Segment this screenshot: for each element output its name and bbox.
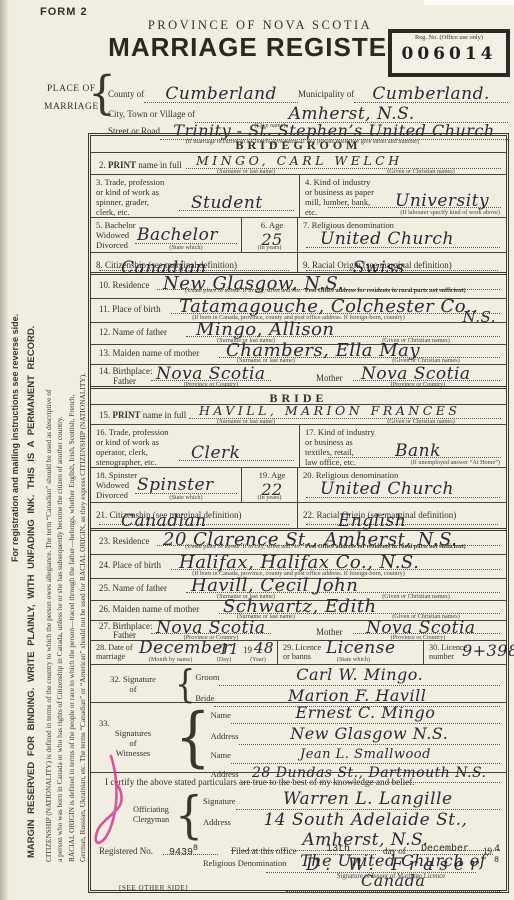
row-groom-status-age-religion: 5. Bachelor Widowed Divorced Bachelor (S… [91,218,506,253]
row-bride-citizenship-racial: 21. Citizenship (see marginal definition… [91,503,506,531]
clergy-label-2: Clergyman [127,815,175,825]
bride-age-cell: 19. Age 22 (In years) [241,468,297,502]
bride-birthplace-label: 24. Place of birth [99,560,161,570]
bride-industry-cell: 17. Kind of industry or business as text… [299,425,506,467]
groom-mother-label: 13. Maiden name of mother [99,348,199,358]
groom-mother-value: Chambers, Ella May [226,340,420,361]
row-bride-status-age-religion: 18. Spinster Widowed Divorced Spinster (… [91,468,506,503]
bride-status-value: Spinster [137,475,214,495]
row-groom-parents-birthplace: 14. Birthplace: Father Nova Scotia (Prov… [91,365,506,389]
bride-surname-sub: (Surname or last name) [191,418,301,425]
witness-lines: Name Ernest C. Mingo Address New Glasgow… [211,703,506,772]
groom-racial-value: Swiss [353,258,405,278]
bride-father-label: 25. Name of father [99,583,167,593]
bride-father-value: Havill, Cecil John [191,575,358,596]
bride-age-sub: (In years) [242,494,297,501]
racial-def-line1: RACIAL ORIGIN is defined in terms of the… [67,373,78,862]
register-table: BRIDEGROOM 2. PRINT name in full MINGO, … [88,133,509,893]
bride-industry-value: Bank [395,441,441,461]
sig33-label-2: of [91,738,175,748]
sub-year: (Year) [243,656,273,663]
bride-residence-value: 20 Clarence St., Amherst, N.S. [163,529,457,550]
sig33-label-1: Signatures [91,728,175,738]
bride-industry-sub: (If unemployed answer “At Home”) [411,459,500,466]
groom-name-label: 2. PRINT name in full [99,160,182,170]
row-certify: I certify the above stated particulars a… [91,773,506,789]
bride-religion-value: United Church [320,479,454,499]
row-groom-name: 2. PRINT name in full MINGO, CARL WELCH … [91,153,506,175]
groom-trade-value: Student [191,193,263,213]
sig32-lines: Groom Carl W. Mingo. Bride Marion F. Hav… [195,665,506,702]
reg-no-label: Reg. No. (Office use only) [390,34,508,41]
witness1-name-label: Name [211,710,231,720]
row-bride-trade-industry: 16. Trade, profession or kind of work as… [91,425,506,468]
groom-religion-value: United Church [320,229,454,249]
groom-age-cell: 6. Age 25 (In years) [241,218,297,252]
form-number: FORM 2 [40,6,88,18]
groom-name-value: MINGO, CARL WELCH [196,153,403,168]
sig33-label: 33. Signatures of Witnesses [91,718,175,758]
sig33-num: 33. [91,718,175,728]
groom-citizenship-cell: 8. Citizenship (see marginal definition)… [91,253,297,273]
groom-bp-father-value: Nova Scotia [156,364,266,384]
racial-def-line2: German, Russian, Ukrainian, etc. The ter… [78,373,89,862]
certify-statement: I certify the above stated particulars a… [105,777,415,787]
margin-note-citizenship: CITIZENSHIP (NATIONALITY) is defined in … [44,390,65,862]
sig32-label-1: 32. Signature [91,674,175,684]
municipality-label: Municipality of [298,89,354,99]
bride-mother-value: Schwartz, Edith [223,596,377,617]
marriage-year-value: 48 [254,639,274,657]
clergy-signature: Warren L. Langille [283,789,453,809]
groom-father-value: Mingo, Allison [196,319,335,340]
clergy-brace: { [175,786,203,845]
bride-trade-label-1: 16. Trade, profession [96,427,299,437]
bride-name-label: 15. PRINT name in full [99,410,186,420]
row-issuer-signature: D. W. Fraser Signature of Issuer of Marr… [91,859,506,881]
groom-bp-label: 14. Birthplace: [99,366,153,376]
margin-note-registration-text: For registration and mailing instruction… [10,314,20,562]
row-see-other-side: [SEE OTHER SIDE] [91,881,506,895]
groom-bp-mother-label: Mother [316,373,343,383]
bride-bp-mother-value: Nova Scotia [366,618,476,638]
marriage-register-scan: For registration and mailing instruction… [0,0,514,900]
margin-note-binding: MARGIN RESERVED FOR BINDING. WRITE PLAIN… [26,326,37,858]
sig33-label-3: Witnesses [91,748,175,758]
row-groom-trade-industry: 3. Trade, profession or kind of work as … [91,175,506,218]
bride-name-value: HAVILL, MARION FRANCES [199,403,460,418]
marriage-month-value: December [139,638,231,658]
bride-racial-value: English [338,511,406,531]
groom-industry-value: University [395,191,489,211]
county-label: County of [108,89,144,99]
witness2-name: Jean L. Smallwood [300,747,431,762]
bride-birthplace-value: Halifax, Halifax Co., N.S. [179,552,419,573]
groom-religion-cell: 7. Religious denomination United Church [297,218,506,252]
clergy-label: Officiating Clergyman [91,805,175,825]
issuer-signature: D. W. Fraser [306,855,484,875]
bride-citizenship-cell: 21. Citizenship (see marginal definition… [91,503,297,528]
bride-citizenship-value: Canadian [121,511,207,531]
citizenship-def-line1: CITIZENSHIP (NATIONALITY) is defined in … [44,390,55,862]
row-marriage-date-licence: 28. Date of marriage December 11 19 48 (… [91,641,506,665]
sig32-label-2: of [91,684,175,694]
bride-mother-label: 26. Maiden name of mother [99,604,199,614]
groom-bp-father-label: Father [113,376,136,386]
filed-label: Filed at this office [231,846,297,856]
registered-number-sup: 8 [193,843,198,853]
reg-no-stamp: 006014 [390,44,508,64]
licence-number-cell: 30. Licence number 9+398 [423,641,506,664]
bride-residence-label: 23. Residence [99,536,149,546]
margin-note-registration: For registration and mailing instruction… [10,314,20,562]
year-printed-prefix: 19 [243,645,252,655]
bride-racial-cell: 22. Racial Origin (see marginal definiti… [297,503,506,528]
groom-bp-mother-value: Nova Scotia [361,364,471,384]
margin-note-racial-origin: RACIAL ORIGIN is defined in terms of the… [67,373,88,862]
groom-status-value: Bachelor [137,225,218,245]
witness1-address-label: Address [211,731,239,741]
bride-bp-mother-label: Mother [316,627,343,637]
citizenship-def-line2: a person who was born in Canada or who h… [55,390,66,862]
sig33-brace: { [175,700,211,775]
witness2-name-label: Name [211,750,231,760]
bride-given-sub: (Given or Christian names) [351,418,491,425]
marriage-day-value: 11 [219,640,239,658]
clergy-lines: Signature Warren L. Langille Address 14 … [203,789,506,841]
groom-racial-cell: 9. Racial Origin (see marginal definitio… [297,253,506,273]
clergy-label-1: Officiating [127,805,175,815]
groom-residence-label: 10. Residence [99,280,149,290]
municipality-value: Cumberland. [372,84,489,104]
groom-surname-sub: (Surname or last name) [191,168,301,175]
bride-trade-value: Clerk [191,443,240,463]
witness1-name: Ernest C. Mingo [296,703,436,722]
licence-value: License [326,638,396,658]
witness1-address: New Glasgow N.S. [290,724,448,743]
bride-trade-cell: 16. Trade, profession or kind of work as… [91,425,299,467]
bride-industry-label-1: 17. Kind of industry [305,427,506,437]
bride-status-cell: 18. Spinster Widowed Divorced Spinster (… [91,468,241,502]
groom-sig-label: Groom [195,672,219,682]
clergy-address-label: Address [203,817,231,827]
groom-age-label: 6. Age [247,220,297,230]
province-heading: PROVINCE OF NOVA SCOTIA [100,18,420,33]
county-value: Cumberland [165,84,277,104]
groom-signature: Carl W. Mingo. [296,665,423,684]
groom-birthplace-value-2: N.S. [463,308,496,326]
scan-top-artifact [424,0,514,5]
bridegroom-section-header: BRIDEGROOM [91,136,506,153]
groom-status-cell: 5. Bachelor Widowed Divorced Bachelor (S… [91,218,241,252]
registered-label: Registered No. [99,846,153,856]
groom-age-sub: (In years) [242,244,297,251]
groom-birthplace-label: 11. Place of birth [99,304,161,314]
bride-age-label: 19. Age [247,470,297,480]
row-clergyman: Officiating Clergyman { Signature Warren… [91,789,506,841]
see-other-side: [SEE OTHER SIDE] [119,884,188,892]
bride-status-sub: (State which) [141,494,231,501]
bride-bp-father-label: Father [113,630,136,640]
groom-birthplace-value: Tatamagouche, Colchester Co., [179,296,478,317]
filed-year-prefix: 19 [483,846,492,856]
licence-banns-cell: 29. Licence or banns License (State whic… [277,641,423,664]
groom-trade-cell: 3. Trade, profession or kind of work as … [91,175,299,217]
clergy-sig-label: Signature [203,796,236,806]
city-label: City, Town or Village of [108,109,195,119]
bride-religion-cell: 20. Religious denomination United Church [297,468,506,502]
groom-father-label: 12. Name of father [99,327,167,337]
groom-industry-sub: (If labourer specify kind of work above) [400,209,500,216]
registered-number: 94398 [169,843,198,858]
groom-given-sub: (Given or Christian names) [351,168,491,175]
groom-industry-label-1: 4. Kind of industry [305,177,506,187]
licence-number-value: 9+398 [462,641,514,660]
row-bride-name: 15. PRINT name in full HAVILL, MARION FR… [91,405,506,425]
page-title: MARRIAGE REGISTER [90,32,425,63]
groom-status-sub: (State which) [141,244,231,251]
row-witnesses: 33. Signatures of Witnesses { Name Ernes… [91,703,506,773]
row-signatures-couple: 32. Signature of { Groom Carl W. Mingo. … [91,665,506,703]
registration-number-box: Reg. No. (Office use only) 006014 [388,29,510,77]
groom-trade-label-1: 3. Trade, profession [96,177,299,187]
bride-bp-father-value: Nova Scotia [156,618,266,638]
groom-industry-cell: 4. Kind of industry or business as paper… [299,175,506,217]
row-groom-mother: 13. Maiden name of mother Chambers, Ella… [91,345,506,365]
margin-note-binding-text: MARGIN RESERVED FOR BINDING. WRITE PLAIN… [26,326,37,858]
sig32-label: 32. Signature of [91,674,175,694]
scan-left-edge-shadow [0,0,9,900]
groom-residence-value: New Glasgow, N.S. [163,273,344,294]
row-groom-citizenship-racial: 8. Citizenship (see marginal definition)… [91,253,506,275]
